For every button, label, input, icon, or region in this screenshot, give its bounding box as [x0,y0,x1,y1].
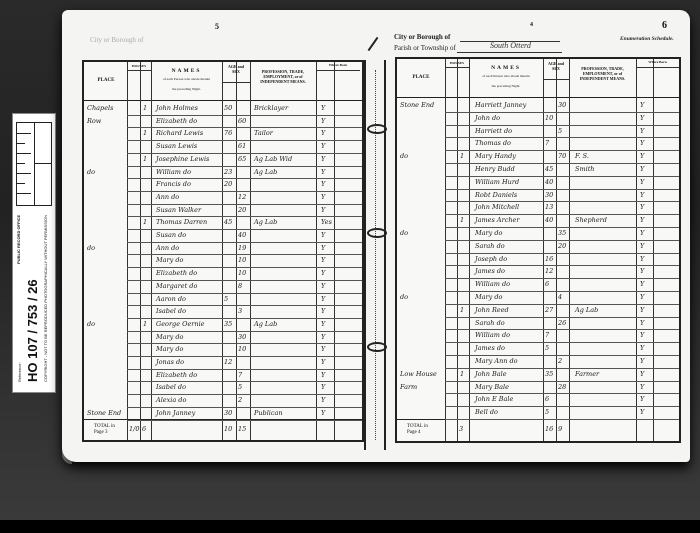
female-age-cell: 10 [238,270,246,277]
houses-cell: 1 [460,217,464,224]
row-divider [127,115,362,116]
born-county-cell: Y [640,140,644,147]
row-divider [445,381,679,382]
row-divider [445,163,679,164]
row-divider [445,137,679,138]
binding-stitch [367,124,387,134]
born-county-cell: Y [321,359,325,366]
name-cell: Alexia do [156,397,186,404]
name-cell: John Janney [156,410,195,417]
row-divider [445,125,679,126]
male-age-cell: 35 [545,371,553,378]
born-county-cell: Yes [321,219,332,226]
born-county-cell: Y [321,169,325,176]
row-divider [445,265,679,266]
name-cell: John Holmes [156,105,198,112]
row-divider [445,150,679,151]
name-cell: Harriett Janney [475,102,526,109]
born-county-cell: Y [640,384,644,391]
left-page-number: 5 [215,22,219,31]
right-page-number: 4 [530,22,533,28]
born-county-cell: Y [640,102,644,109]
col-header-names: NAMES [469,65,543,72]
male-age-cell: 10 [545,115,553,122]
born-county-cell: Y [640,243,644,250]
name-cell: Isabel do [156,308,186,315]
name-cell: Margaret do [156,283,197,290]
right-total-inhabited: 3 [459,426,463,433]
born-county-cell: Y [321,270,325,277]
male-age-cell: 40 [545,217,553,224]
name-cell: John Bale [475,371,507,378]
male-age-cell: 5 [545,345,549,352]
female-age-cell: 28 [558,384,566,391]
row-divider [445,201,679,202]
occupation-cell: Ag Lab [575,307,598,314]
occupation-cell: Farmer [575,371,599,378]
name-cell: Sarah do [475,320,505,327]
folio-number: 6 [662,20,667,31]
male-age-cell: 20 [224,181,232,188]
name-cell: Mary Bale [475,384,509,391]
occupation-cell: Bricklayer [254,105,288,112]
name-cell: Harriett do [475,128,512,135]
row-divider [445,406,679,407]
male-age-cell: 7 [545,332,549,339]
col-header-names-sub2: the preceding Night. [151,87,222,91]
col-header-where-born: Where Born [636,60,679,64]
female-age-cell: 35 [558,230,566,237]
row-divider [127,204,362,205]
name-cell: Richard Lewis [156,130,203,137]
born-county-cell: Y [321,143,325,150]
row-divider [127,267,362,268]
houses-cell: 1 [460,307,464,314]
female-age-cell: 12 [238,194,246,201]
col-header-names: NAMES [151,68,222,75]
name-cell: Joseph do [475,256,507,263]
row-divider [445,419,679,420]
born-county-cell: Y [321,245,325,252]
parish-value: South Otterd [490,41,531,50]
born-county-cell: Y [640,179,644,186]
occupation-cell: Ag Lab Wid [254,156,292,163]
name-cell: James do [475,268,505,275]
row-divider [445,227,679,228]
name-cell: Susan Walker [156,207,201,214]
born-county-cell: Y [640,153,644,160]
male-age-cell: 7 [545,140,549,147]
female-age-cell: 30 [558,102,566,109]
female-age-cell: 26 [558,320,566,327]
female-age-cell: 8 [238,283,242,290]
right-census-table: PLACE HOUSES NAMES of each Person who ab… [395,57,681,443]
book-spine [362,60,388,450]
name-cell: William Hurd [475,179,519,186]
born-county-cell: Y [640,192,644,199]
binding-stitch [367,228,387,238]
name-cell: Ann do [156,194,179,201]
row-divider [127,242,362,243]
born-county-cell: Y [640,371,644,378]
reference-number: HO 107 / 753 / 26 [25,279,40,382]
female-age-cell: 30 [238,334,246,341]
born-county-cell: Y [321,308,325,315]
female-age-cell: 10 [238,346,246,353]
row-divider [127,318,362,319]
male-age-cell: 6 [545,281,549,288]
born-county-cell: Y [321,397,325,404]
female-age-cell: 2 [238,397,242,404]
parish-label: Parish or Township of [394,44,456,52]
row-divider [445,253,679,254]
occupation-cell: Ag Lab [254,219,277,226]
male-age-cell: 30 [545,192,553,199]
name-cell: William do [156,169,191,176]
name-cell: James do [475,345,505,352]
female-age-cell: 60 [238,118,246,125]
name-cell: Henry Budd [475,166,515,173]
left-header-faint: City or Borough of [90,36,143,44]
name-cell: Josephine Lewis [156,156,209,163]
born-county-cell: Y [321,410,325,417]
row-divider [445,304,679,305]
place-cell: Low House [400,371,437,378]
born-county-cell: Y [640,166,644,173]
row-divider [127,153,362,154]
row-divider [127,254,362,255]
left-total-uninhabited: 1/0 [129,426,139,433]
houses-cell: 1 [143,219,147,226]
row-divider [127,127,362,128]
scan-bottom-border [0,520,700,533]
row-divider [445,176,679,177]
left-total-females: 15 [238,426,246,433]
born-county-cell: Y [640,128,644,135]
born-county-cell: Y [640,409,644,416]
born-county-cell: Y [640,217,644,224]
born-county-cell: Y [321,118,325,125]
row-divider [127,166,362,167]
male-age-cell: 12 [545,268,553,275]
row-divider [127,331,362,332]
row-divider [445,112,679,113]
occupation-cell: Tailor [254,130,273,137]
name-cell: James Archer [475,217,519,224]
col-header-where-born: Where Born [316,63,360,67]
female-age-cell: 19 [238,245,246,252]
houses-cell: 1 [460,153,464,160]
born-county-cell: Y [321,321,325,328]
male-age-cell: 12 [224,359,232,366]
place-cell: Row [87,118,101,125]
name-cell: Isabel do [156,384,186,391]
left-census-table: PLACE HOUSES NAMES of each Person who ab… [82,60,364,442]
name-cell: Ann do [156,245,179,252]
row-divider [445,278,679,279]
name-cell: Mary Ann do [475,358,518,365]
place-cell: Stone End [87,410,121,417]
name-cell: Mary do [475,230,502,237]
name-cell: John E Bale [475,396,513,403]
name-cell: Aaron do [156,296,186,303]
female-age-cell: 4 [558,294,562,301]
name-cell: Mary do [156,334,183,341]
born-county-cell: Y [321,334,325,341]
born-county-cell: Y [321,207,325,214]
left-total-males: 10 [224,426,232,433]
born-county-cell: Y [640,332,644,339]
place-cell: do [87,321,95,328]
name-cell: Elizabeth do [156,118,197,125]
name-cell: Elizabeth do [156,372,197,379]
born-county-cell: Y [640,294,644,301]
row-divider [445,355,679,356]
right-total-label: TOTAL inPage 4 [407,424,428,435]
female-age-cell: 65 [238,156,246,163]
occupation-cell: Ag Lab [254,321,277,328]
born-county-cell: Y [321,384,325,391]
occupation-cell: Smith [575,166,595,173]
male-age-cell: 45 [224,219,232,226]
female-age-cell: 10 [238,257,246,264]
row-divider [127,420,362,421]
place-cell: do [400,294,408,301]
born-county-cell: Y [321,283,325,290]
col-header-houses: HOUSES [445,61,469,65]
row-divider [445,342,679,343]
female-age-cell: 5 [238,384,242,391]
row-divider [445,189,679,190]
born-county-cell: Y [321,257,325,264]
scale-ruler [16,122,52,206]
female-age-cell: 2 [558,358,562,365]
female-age-cell: 20 [558,243,566,250]
place-cell: Chapels [87,105,113,112]
female-age-cell: 3 [238,308,242,315]
place-cell: do [400,230,408,237]
row-divider [127,356,362,357]
houses-cell: 1 [143,156,147,163]
place-cell: Farm [400,384,417,391]
female-age-cell: 61 [238,143,246,150]
born-county-cell: Y [321,232,325,239]
female-age-cell: 7 [238,372,242,379]
born-county-cell: Y [640,281,644,288]
born-county-cell: Y [640,256,644,263]
city-borough-label: City or Borough of [394,33,450,41]
male-age-cell: 30 [224,410,232,417]
female-age-cell: 5 [558,128,562,135]
col-header-age-sex: AGE and SEX [544,62,568,72]
row-divider [127,178,362,179]
row-divider [127,381,362,382]
name-cell: Mary do [156,257,183,264]
row-divider [127,305,362,306]
name-cell: Sarah do [475,243,505,250]
male-age-cell: 13 [545,204,553,211]
female-age-cell: 70 [558,153,566,160]
col-header-names-sub1: of each Person who abode therein [151,77,222,81]
born-county-cell: Y [321,105,325,112]
name-cell: Bell do [475,409,498,416]
male-age-cell: 5 [545,409,549,416]
born-county-cell: Y [321,194,325,201]
occupation-cell: F. S. [575,153,589,160]
col-header-profession: PROFESSION, TRADE, EMPLOYMENT, or of IND… [571,67,634,81]
name-cell: William do [475,281,510,288]
male-age-cell: 50 [224,105,232,112]
born-county-cell: Y [640,307,644,314]
right-total-females: 9 [558,426,562,433]
born-county-cell: Y [640,320,644,327]
male-age-cell: 40 [545,179,553,186]
binding-stitch [367,342,387,352]
houses-cell: 1 [143,321,147,328]
reference-label: Reference: [17,362,22,382]
born-county-cell: Y [640,268,644,275]
name-cell: Elizabeth do [156,270,197,277]
right-total-males: 16 [545,426,553,433]
occupation-cell: Shepherd [575,217,607,224]
born-county-cell: Y [321,156,325,163]
left-total-label: TOTAL inPage 3 [94,424,115,435]
repository-label: PUBLIC RECORD OFFICE [16,215,21,264]
female-age-cell: 40 [238,232,246,239]
male-age-cell: 23 [224,169,232,176]
col-header-names-sub2: the preceding Night. [469,84,543,88]
name-cell: John Reed [475,307,509,314]
name-cell: Thomas Darren [156,219,207,226]
schedule-label: Enumeration Schedule. [620,36,674,42]
row-divider [127,191,362,192]
col-header-age-sex: AGE and SEX [224,65,248,75]
male-age-cell: 6 [545,396,549,403]
place-cell: Stone End [400,102,434,109]
row-divider [127,407,362,408]
row-divider [127,140,362,141]
row-divider [127,229,362,230]
name-cell: Mary do [156,346,183,353]
houses-cell: 1 [143,130,147,137]
place-cell: do [87,169,95,176]
row-divider [445,240,679,241]
name-cell: Susan do [156,232,186,239]
born-county-cell: Y [640,345,644,352]
row-divider [445,214,679,215]
col-header-names-sub1: of each Person who abode therein [469,74,543,78]
row-divider [127,280,362,281]
name-cell: John Mitchell [475,204,519,211]
row-divider [445,329,679,330]
row-divider [127,293,362,294]
left-total-inhabited: 6 [142,426,146,433]
born-county-cell: Y [640,358,644,365]
born-county-cell: Y [321,372,325,379]
col-header-place: PLACE [401,75,441,81]
born-county-cell: Y [640,204,644,211]
row-divider [127,394,362,395]
born-county-cell: Y [640,396,644,403]
name-cell: Francis do [156,181,191,188]
place-cell: do [400,153,408,160]
name-cell: John do [475,115,500,122]
row-divider [445,393,679,394]
houses-cell: 1 [460,371,464,378]
name-cell: George Oernie [156,321,205,328]
male-age-cell: 5 [224,296,228,303]
born-county-cell: Y [640,115,644,122]
name-cell: Mary Handy [475,153,516,160]
row-divider [445,291,679,292]
row-divider [127,343,362,344]
row-divider [445,368,679,369]
houses-cell: 1 [143,105,147,112]
born-county-cell: Y [321,346,325,353]
col-header-houses: HOUSES [127,64,151,68]
row-divider [127,216,362,217]
place-cell: do [87,245,95,252]
name-cell: William do [475,332,510,339]
col-header-place: PLACE [88,78,124,84]
male-age-cell: 76 [224,130,232,137]
female-age-cell: 20 [238,207,246,214]
male-age-cell: 27 [545,307,553,314]
born-county-cell: Y [640,230,644,237]
name-cell: Mary do [475,294,502,301]
row-divider [445,317,679,318]
col-header-profession: PROFESSION, TRADE, EMPLOYMENT, or of IND… [252,70,314,84]
copyright-notice: COPYRIGHT - NOT TO BE REPRODUCED PHOTOGR… [43,215,48,382]
name-cell: Thomas do [475,140,511,147]
name-cell: Robt Daniels [475,192,517,199]
born-county-cell: Y [321,296,325,303]
name-cell: Susan Lewis [156,143,197,150]
occupation-cell: Ag Lab [254,169,277,176]
male-age-cell: 45 [545,166,553,173]
occupation-cell: Publican [254,410,283,417]
reference-strip: PUBLIC RECORD OFFICE Reference: HO 107 /… [12,113,56,393]
born-county-cell: Y [321,130,325,137]
name-cell: Jonas do [156,359,184,366]
male-age-cell: 16 [545,256,553,263]
row-divider [127,369,362,370]
born-county-cell: Y [321,181,325,188]
male-age-cell: 35 [224,321,232,328]
